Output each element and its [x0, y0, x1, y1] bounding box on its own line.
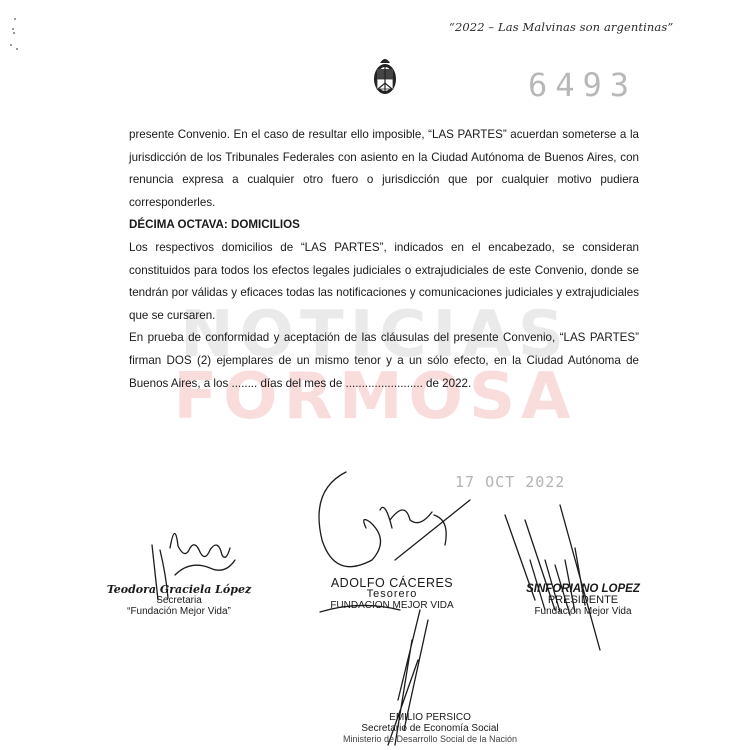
- paragraph-jurisdiction: presente Convenio. En el caso de resulta…: [129, 124, 639, 214]
- section-title: DÉCIMA OCTAVA: DOMICILIOS: [129, 214, 639, 237]
- signatory-name: EMILIO PERSICO: [320, 712, 540, 723]
- signatory-role: Secretaria: [104, 595, 254, 606]
- paragraph-conformidad: En prueba de conformidad y aceptación de…: [129, 327, 639, 395]
- signatory-org: Ministerio de Desarrollo Social de la Na…: [320, 734, 540, 745]
- argentina-coat-of-arms-icon: [372, 55, 398, 97]
- signatory-secretario-economia-social: EMILIO PERSICO Secretario de Economía So…: [320, 712, 540, 745]
- signature-3-icon: [505, 505, 600, 650]
- header-motto: “2022 – Las Malvinas son argentinas”: [449, 20, 673, 34]
- paragraph-domicilios: Los respectivos domicilios de “LAS PARTE…: [129, 237, 639, 327]
- signatory-tesorero: ADOLFO CÁCERES Tesorero FUNDACION MEJOR …: [312, 578, 472, 611]
- signatory-org: “Fundación Mejor Vida”: [104, 606, 254, 617]
- signatory-org: Fundación Mejor Vida: [508, 606, 658, 617]
- date-stamp: 17 OCT 2022: [455, 473, 565, 491]
- signatory-secretaria: Teodora Graciela López Secretaria “Funda…: [104, 584, 254, 617]
- signatory-role: PRESIDENTE: [508, 595, 658, 606]
- signatory-name: Teodora Graciela López: [104, 584, 254, 595]
- document-body: presente Convenio. En el caso de resulta…: [129, 124, 639, 395]
- signatory-role: Secretario de Economía Social: [320, 723, 540, 734]
- scan-artifacts: [8, 18, 22, 58]
- signatory-org: FUNDACION MEJOR VIDA: [312, 600, 472, 611]
- signatory-presidente: SINFORIANO LOPEZ PRESIDENTE Fundación Me…: [508, 584, 658, 617]
- folio-number-stamp: 6493: [528, 66, 637, 104]
- signatory-role: Tesorero: [312, 589, 472, 600]
- signature-2-icon: [319, 472, 470, 567]
